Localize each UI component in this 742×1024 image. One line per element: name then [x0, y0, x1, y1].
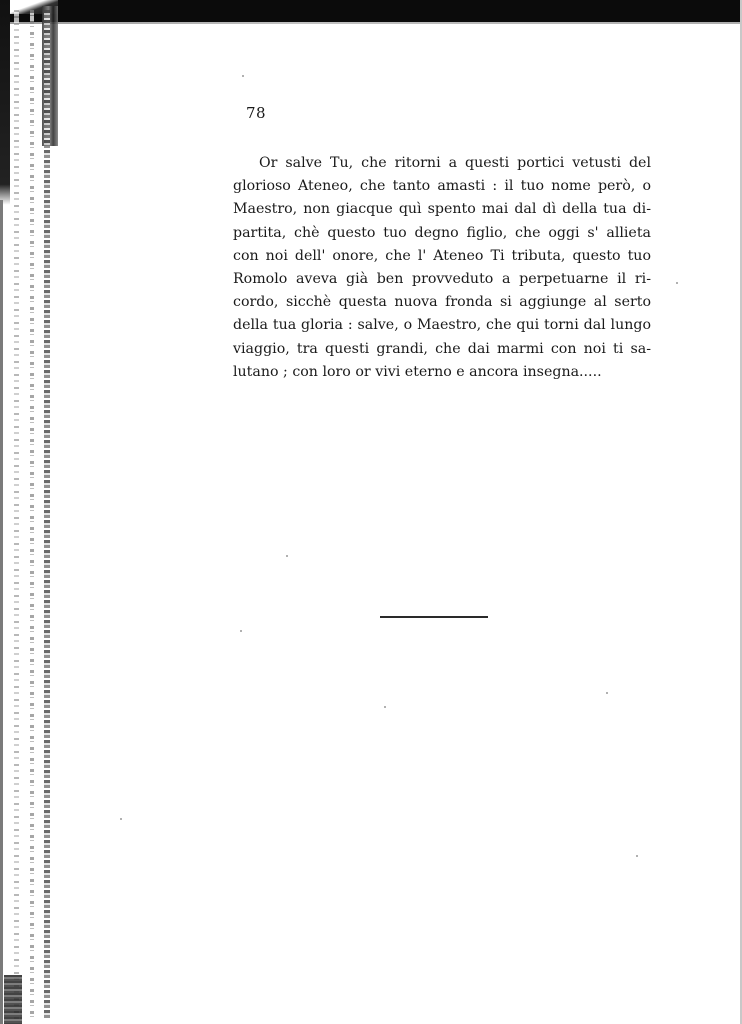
- paragraph-line: della tua gloria : salve, o Maestro, che…: [233, 314, 651, 337]
- scan-speck: [286, 555, 288, 557]
- section-end-rule: [380, 616, 488, 618]
- paragraph-line: viaggio, tra questi grandi, che dai marm…: [233, 338, 651, 361]
- scan-speck: [636, 855, 638, 857]
- paragraph-line: lutano ; con loro or vivi eterno e ancor…: [233, 361, 651, 384]
- paragraph-line: glorioso Ateneo, che tanto amasti : il t…: [233, 175, 651, 198]
- paragraph-line: Or salve Tu, che ritorni a questi portic…: [233, 152, 651, 175]
- paragraph-line: cordo, sicchè questa nuova fronda si agg…: [233, 291, 651, 314]
- scan-speck: [242, 75, 244, 77]
- scan-speck: [676, 282, 678, 284]
- scan-speck: [240, 630, 242, 632]
- book-binding-edge: [0, 0, 62, 1024]
- scan-speck: [120, 818, 122, 820]
- scan-speck: [384, 706, 386, 708]
- paragraph-line: partita, chè questo tuo degno figlio, ch…: [233, 222, 651, 245]
- paragraph: Or salve Tu, che ritorni a questi portic…: [233, 152, 651, 384]
- page-number: 78: [246, 104, 266, 122]
- paragraph-line: con noi dell' onore, che l' Ateneo Ti tr…: [233, 245, 651, 268]
- scan-speck: [606, 692, 608, 694]
- paragraph-line: Maestro, non giacque quì spento mai dal …: [233, 198, 651, 221]
- paragraph-line: Romolo aveva già ben provveduto a perpet…: [233, 268, 651, 291]
- scan-top-border: [0, 0, 742, 22]
